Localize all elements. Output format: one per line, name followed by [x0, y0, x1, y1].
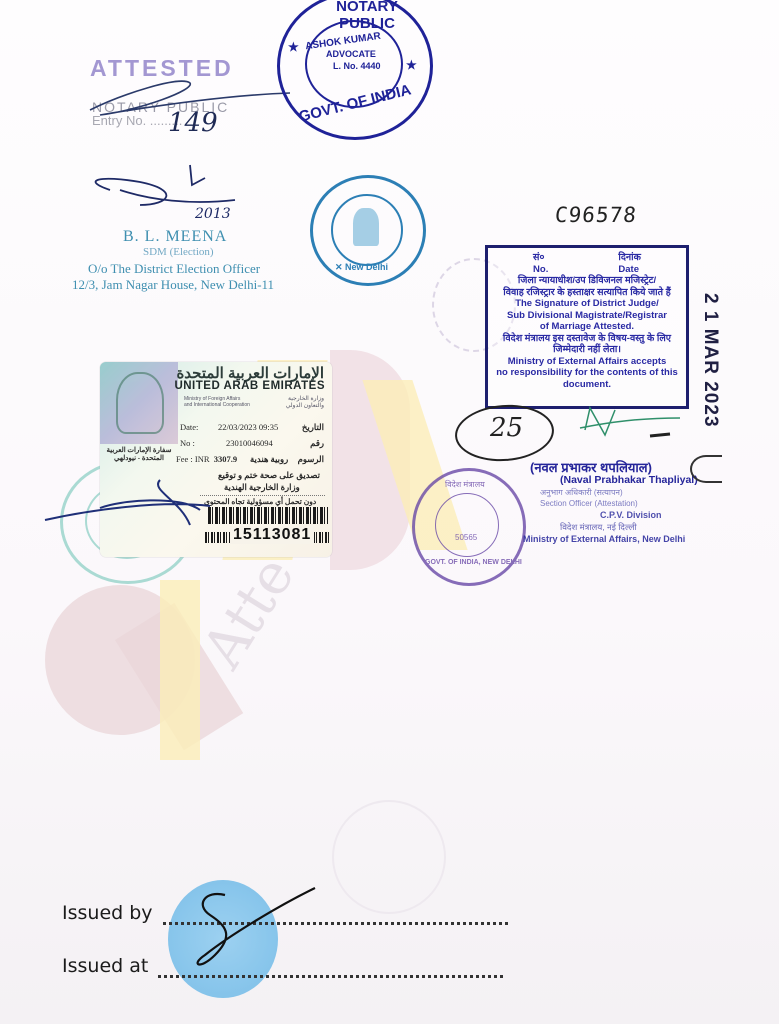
mea-seal-inner [435, 493, 499, 557]
uae-fee-row: Fee : INR 3307.9 [176, 454, 237, 464]
sdm-address: 12/3, Jam Nagar House, New Delhi-11 [72, 277, 274, 293]
uae-barcode-number: 15113081 [230, 526, 314, 544]
mea-disclaimer-3: document. [488, 379, 686, 391]
notary-seal-title: ADVOCATE [326, 49, 376, 59]
watermark-logo-part [160, 580, 200, 760]
serial-number: C96578 [554, 203, 638, 227]
star-icon: ★ [406, 58, 417, 72]
uae-no-label: No : [180, 438, 195, 448]
uae-fee-ar: روبية هندية [250, 454, 288, 465]
uae-date-label-ar: التاريخ [302, 422, 324, 433]
mea-english-line-3: of Marriage Attested. [488, 321, 686, 333]
mea-hindi-line-2: विवाह रजिस्ट्रार के हस्ताक्षर सत्यापित क… [488, 287, 686, 299]
officer-division: C.P.V. Division [600, 510, 662, 520]
mea-hindi-line-1: जिला न्यायाधीश/उप डिविजनल मजिस्ट्रेट/ [488, 275, 686, 287]
mea-disclaimer-2: no responsibility for the contents of th… [488, 367, 686, 379]
uae-ministry-en-2: and International Cooperation [184, 402, 250, 408]
uae-disclaimer-ar: دون تحمل أي مسؤولية تجاه المحتوى [204, 497, 316, 506]
mea-english-line-1: The Signature of District Judge/ [488, 298, 686, 310]
mea-no-date-row: सं०No. दिनांकDate [498, 252, 676, 275]
uae-date-label: Date: [180, 422, 198, 432]
mea-disclaimer-1: Ministry of External Affairs accepts [488, 356, 686, 368]
officer-designation-hindi: अनुभाग अधिकारी (सत्यापन) [540, 487, 623, 498]
partial-handwriting [690, 455, 722, 483]
uae-ministry-ar-1: وزارة الخارجية [288, 395, 324, 402]
svg-text:2013: 2013 [194, 206, 231, 222]
notary-seal-top-text: NOTARY PUBLIC [307, 0, 427, 32]
sdm-signature: 2013 [80, 160, 250, 230]
uae-embassy-ar: سفارة الإمارات العربية المتحدة - نيودلهي [102, 446, 176, 462]
issued-by-label: Issued by [62, 902, 153, 924]
uae-no-value: 23010046094 [226, 438, 273, 448]
sdm-seal-city: ✕ New Delhi [335, 262, 388, 273]
issued-at-label: Issued at [62, 955, 148, 977]
uae-falcon-emblem-icon [116, 372, 164, 434]
officer-name-english: (Naval Prabhakar Thapliyal) [560, 474, 698, 486]
uae-date-value: 22/03/2023 09:35 [218, 422, 278, 432]
mea-hindi-line-3: विदेश मंत्रालय इस दस्तावेज के विषय-वस्तु… [488, 333, 686, 345]
embassy-signature [40, 470, 220, 540]
mea-hindi-line-4: जिम्मेदारी नहीं लेता। [488, 344, 686, 356]
mea-seal: विदेश मंत्रालय 50565 GOVT. OF INDIA, NEW… [412, 468, 526, 586]
uae-attest-ar-1: تصديق على صحة ختم و توقيع [218, 470, 320, 481]
embossed-seal [332, 800, 446, 914]
uae-fee-label-ar: الرسوم [298, 454, 324, 465]
sdm-office: O/o The District Election Officer [88, 261, 260, 277]
officer-designation-english: Section Officer (Attestation) [540, 499, 638, 508]
emblem-icon [353, 208, 379, 246]
sdm-name: B. L. MEENA [123, 228, 227, 246]
uae-hologram [100, 362, 178, 444]
uae-title-english: UNITED ARAB EMIRATES [174, 380, 325, 392]
uae-no-label-ar: رقم [310, 438, 324, 449]
sdm-title: SDM (Election) [143, 246, 214, 258]
mea-english-line-2: Sub Divisional Magistrate/Registrar [488, 310, 686, 322]
document-page: Atte ATTESTED NOTARY PUBLIC Entry No. ..… [0, 0, 779, 1024]
notary-seal-license: L. No. 4440 [333, 61, 381, 71]
uae-barcode-top [208, 507, 328, 524]
uae-attest-ar-2: وزارة الخارجية الهندية [224, 482, 300, 493]
officer-initials [570, 400, 710, 450]
star-icon: ★ [288, 40, 299, 54]
sdm-seal: ✕ New Delhi [310, 175, 426, 286]
notary-signature [80, 65, 300, 125]
issuer-signature [180, 880, 330, 980]
officer-ministry-hindi: विदेश मंत्रालय, नई दिल्ली [560, 522, 637, 533]
mea-attestation-stamp: सं०No. दिनांकDate जिला न्यायाधीश/उप डिवि… [485, 245, 689, 409]
uae-ministry-ar-2: والتعاون الدولي [286, 402, 324, 409]
mea-date-stamp: 2 1 MAR 2023 [690, 290, 730, 410]
officer-ministry: Ministry of External Affairs, New Delhi [523, 534, 685, 544]
handwritten-number: 25 [490, 413, 523, 443]
